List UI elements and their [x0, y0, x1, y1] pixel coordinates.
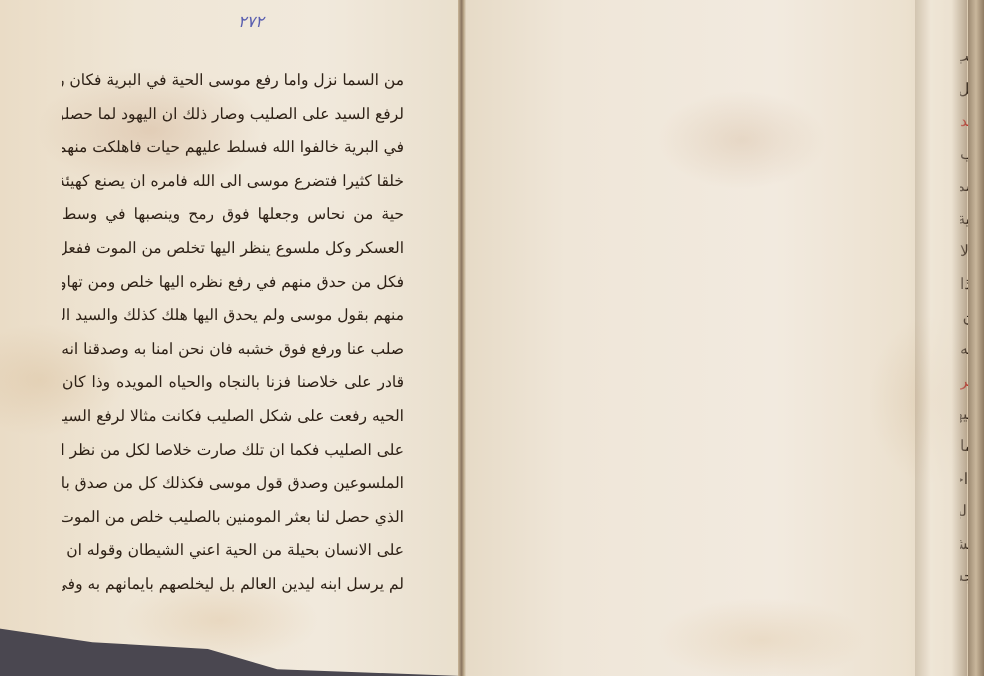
text-line: الملسوعين وصدق قول موسى فكذلك كل من صدق …	[62, 467, 404, 501]
text-line: صلب عنا ورفع فوق خشبه فان نحن امنا به وص…	[62, 333, 404, 367]
text-line: خلقا كثيرا فتضرع موسى الى الله فامره ان …	[62, 165, 404, 199]
text-line: لم يرسل ابنه ليدين العالم بل ليخلصهم باي…	[62, 568, 404, 602]
text-line: الذي حصل لنا بعثر المومنين بالصليب خلص م…	[62, 501, 404, 535]
left-page: ٢٧٢ من السما نزل واما رفع موسى الحية في …	[0, 0, 462, 676]
text-line: على الصليب فكما ان تلك صارت خلاصا لكل من…	[62, 434, 404, 468]
text-line: على الانسان بحيلة من الحية اعني الشيطان …	[62, 534, 404, 568]
text-line: من السما نزل واما رفع موسى الحية في البر…	[62, 64, 404, 98]
book-gutter	[458, 0, 466, 676]
folded-page-edge	[915, 0, 967, 676]
text-line: منهم بقول موسى ولم يحدق اليها هلك كذلك و…	[62, 299, 404, 333]
right-page: وفي هذا اليوم تجدد هيكل القيامة المقدسة …	[462, 0, 984, 676]
book-edge	[968, 0, 984, 676]
text-line: لرفع السيد على الصليب وصار ذلك ان اليهود…	[62, 98, 404, 132]
left-page-text: من السما نزل واما رفع موسى الحية في البر…	[62, 64, 404, 602]
text-line: حية من نحاس وجعلها فوق رمح وينصبها في وس…	[62, 198, 404, 232]
text-line: الحيه رفعت على شكل الصليب فكانت مثالا لر…	[62, 400, 404, 434]
text-line: قادر على خلاصنا فزنا بالنجاه والحياه الم…	[62, 366, 404, 400]
text-line: العسكر وكل ملسوع ينظر اليها تخلص من المو…	[62, 232, 404, 266]
manuscript-spread: ٢٧٢ من السما نزل واما رفع موسى الحية في …	[0, 0, 984, 676]
folio-number: ٢٧٢	[238, 12, 264, 31]
text-line: فكل من حدق منهم في رفع نظره اليها خلص وم…	[62, 266, 404, 300]
text-line: في البرية خالفوا الله فسلط عليهم حيات فا…	[62, 131, 404, 165]
